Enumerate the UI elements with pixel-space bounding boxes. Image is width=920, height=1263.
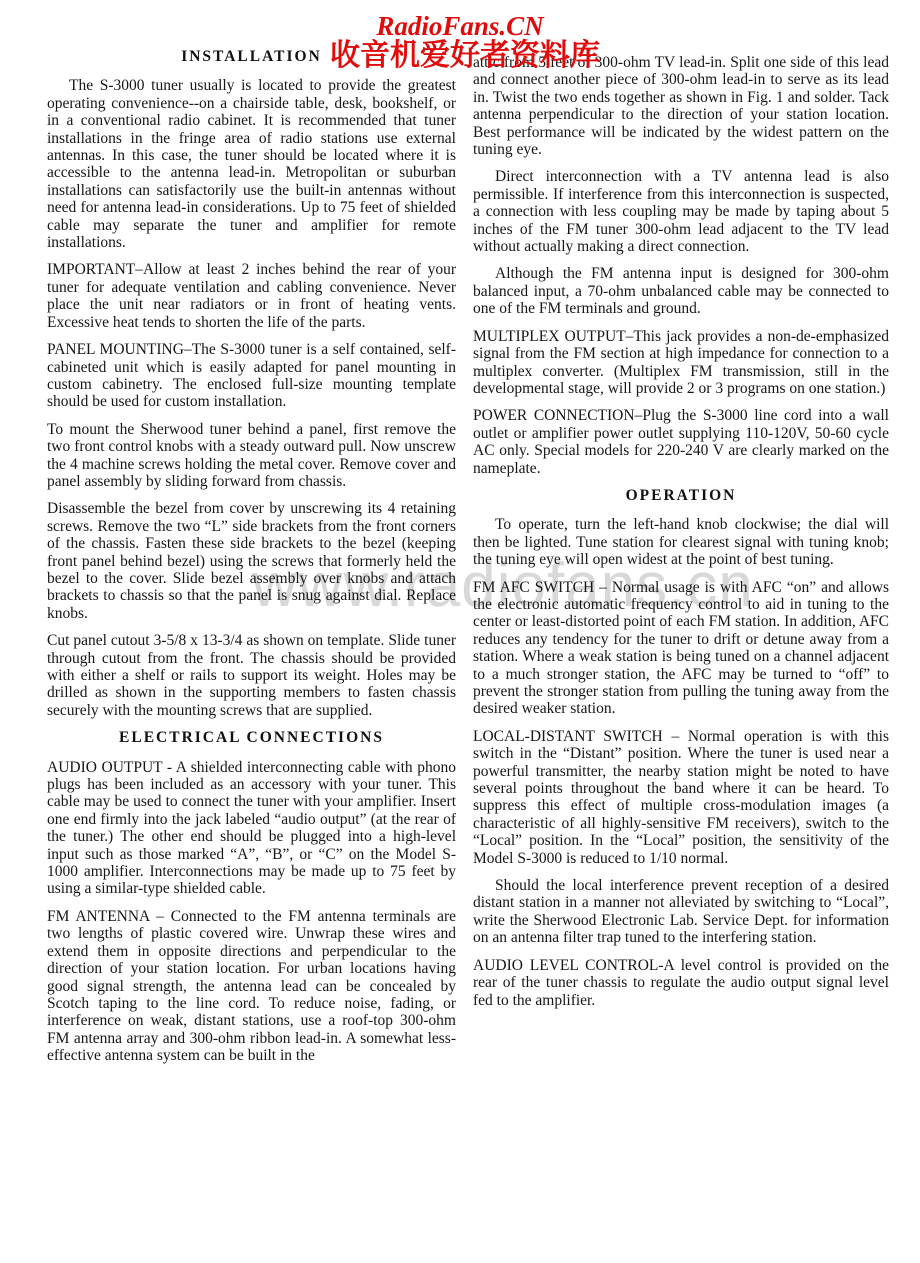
paragraph: Direct interconnection with a TV antenna…	[473, 168, 889, 255]
section-heading-installation: INSTALLATION	[47, 48, 456, 65]
paragraph: AUDIO OUTPUT - A shielded interconnectin…	[47, 759, 456, 898]
watermark-radiofans-english: RadioFans.CN	[330, 12, 590, 40]
section-heading-operation: OPERATION	[473, 487, 889, 504]
document-page: www.radiofans.cn RadioFans.CN 收音机爱好者资料库 …	[0, 0, 920, 1263]
paragraph: To mount the Sherwood tuner behind a pan…	[47, 421, 456, 491]
paragraph: The S-3000 tuner usually is located to p…	[47, 77, 456, 251]
paragraph: AUDIO LEVEL CONTROL-A level control is p…	[473, 957, 889, 1009]
right-column: attic from 5 feet of 300-ohm TV lead-in.…	[473, 54, 889, 1019]
paragraph: Cut panel cutout 3-5/8 x 13-3/4 as shown…	[47, 632, 456, 719]
paragraph: Should the local interference prevent re…	[473, 877, 889, 947]
paragraph: PANEL MOUNTING–The S-3000 tuner is a sel…	[47, 341, 456, 411]
paragraph: Disassemble the bezel from cover by unsc…	[47, 500, 456, 622]
paragraph: POWER CONNECTION–Plug the S-3000 line co…	[473, 407, 889, 477]
paragraph: IMPORTANT–Allow at least 2 inches behind…	[47, 261, 456, 331]
paragraph: FM AFC SWITCH – Normal usage is with AFC…	[473, 579, 889, 718]
paragraph: attic from 5 feet of 300-ohm TV lead-in.…	[473, 54, 889, 158]
paragraph: MULTIPLEX OUTPUT–This jack provides a no…	[473, 328, 889, 398]
paragraph: Although the FM antenna input is designe…	[473, 265, 889, 317]
paragraph: FM ANTENNA – Connected to the FM antenna…	[47, 908, 456, 1065]
left-column: INSTALLATION The S-3000 tuner usually is…	[47, 48, 456, 1075]
paragraph: LOCAL-DISTANT SWITCH – Normal operation …	[473, 728, 889, 867]
section-heading-electrical-connections: ELECTRICAL CONNECTIONS	[47, 729, 456, 746]
paragraph: To operate, turn the left-hand knob cloc…	[473, 516, 889, 568]
